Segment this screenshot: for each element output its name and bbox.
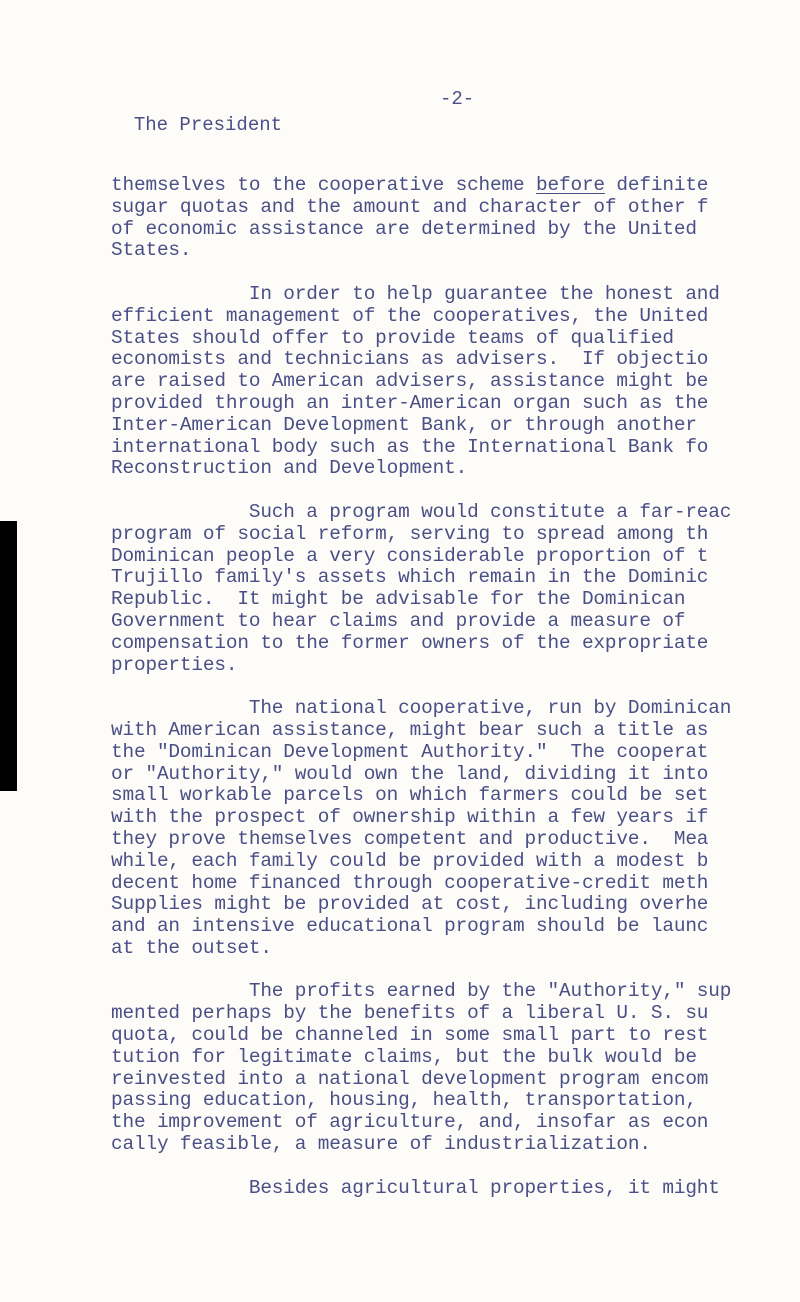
text-line: passing education, housing, health, tran… (111, 1090, 800, 1112)
text-line: Inter-American Development Bank, or thro… (111, 415, 800, 437)
text-line: economists and technicians as advisers. … (111, 349, 800, 371)
text-line: Government to hear claims and provide a … (111, 611, 800, 633)
paragraph: The profits earned by the "Authority," s… (111, 981, 800, 1155)
text-line: tution for legitimate claims, but the bu… (111, 1047, 800, 1069)
paragraph: Besides agricultural properties, it migh… (111, 1178, 800, 1200)
text-line: Dominican people a very considerable pro… (111, 546, 800, 568)
text-line: program of social reform, serving to spr… (111, 524, 800, 546)
text-line: while, each family could be provided wit… (111, 851, 800, 873)
text-line: with the prospect of ownership within a … (111, 807, 800, 829)
text-line: Republic. It might be advisable for the … (111, 589, 800, 611)
text-line: with American assistance, might bear suc… (111, 720, 800, 742)
text-line: In order to help guarantee the honest an… (111, 284, 800, 306)
memo-body: themselves to the cooperative scheme bef… (111, 175, 800, 1221)
text-line: mented perhaps by the benefits of a libe… (111, 1003, 800, 1025)
paragraph: Such a program would constitute a far-re… (111, 502, 800, 676)
scan-edge-bar (0, 521, 17, 791)
text-line: the "Dominican Development Authority." T… (111, 742, 800, 764)
text-line: States. (111, 240, 800, 262)
text-line: The national cooperative, run by Dominic… (111, 698, 800, 720)
paragraph: In order to help guarantee the honest an… (111, 284, 800, 480)
text-line: quota, could be channeled in some small … (111, 1025, 800, 1047)
text-line: provided through an inter-American organ… (111, 393, 800, 415)
text-line: Reconstruction and Development. (111, 458, 800, 480)
text-line: international body such as the Internati… (111, 437, 800, 459)
page-header: The President -2- (111, 86, 282, 164)
text-line: of economic assistance are determined by… (111, 219, 800, 241)
text-line: at the outset. (111, 938, 800, 960)
addressee-label: The President (134, 114, 282, 136)
text-line: Trujillo family's assets which remain in… (111, 567, 800, 589)
underlined-word: before (536, 174, 605, 196)
text-line: they prove themselves competent and prod… (111, 829, 800, 851)
text-line: reinvested into a national development p… (111, 1069, 800, 1091)
text-line: efficient management of the cooperatives… (111, 306, 800, 328)
text-line: The profits earned by the "Authority," s… (111, 981, 800, 1003)
paragraph: The national cooperative, run by Dominic… (111, 698, 800, 960)
text-line: Besides agricultural properties, it migh… (111, 1178, 800, 1200)
text-line: decent home financed through cooperative… (111, 873, 800, 895)
text-line: and an intensive educational program sho… (111, 916, 800, 938)
text-line: Supplies might be provided at cost, incl… (111, 894, 800, 916)
text-line: cally feasible, a measure of industriali… (111, 1134, 800, 1156)
text-line: properties. (111, 655, 800, 677)
text-line: are raised to American advisers, assista… (111, 371, 800, 393)
text-line: sugar quotas and the amount and characte… (111, 197, 800, 219)
text-line: small workable parcels on which farmers … (111, 785, 800, 807)
page-number: -2- (440, 86, 474, 112)
paragraph: themselves to the cooperative scheme bef… (111, 175, 800, 262)
text-line: themselves to the cooperative scheme bef… (111, 175, 800, 197)
text-line: compensation to the former owners of the… (111, 633, 800, 655)
text-line: the improvement of agriculture, and, ins… (111, 1112, 800, 1134)
text-line: States should offer to provide teams of … (111, 328, 800, 350)
text-line: or "Authority," would own the land, divi… (111, 764, 800, 786)
text-line: Such a program would constitute a far-re… (111, 502, 800, 524)
